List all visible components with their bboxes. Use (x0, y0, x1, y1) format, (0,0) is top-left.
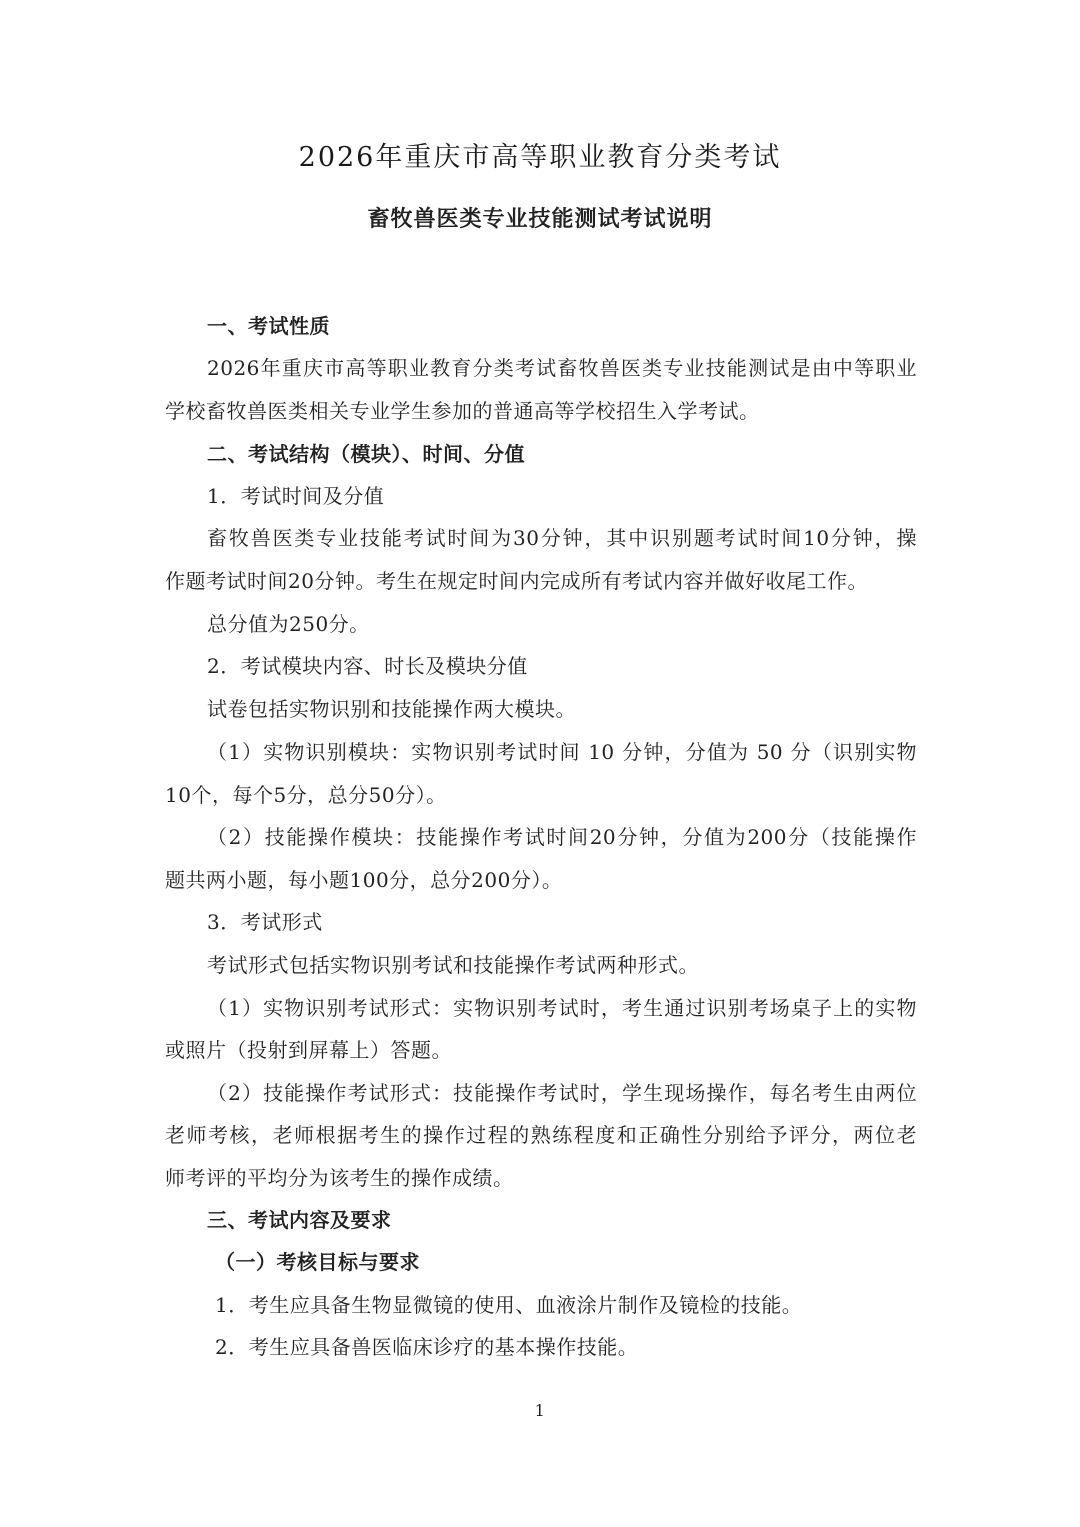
subsection-heading-objectives: （一）考核目标与要求 (215, 1248, 420, 1276)
page-number: 1 (0, 1397, 1080, 1425)
subsection-heading-format: 3．考试形式 (207, 908, 323, 936)
document-title: 2026年重庆市高等职业教育分类考试 (0, 140, 1080, 176)
paragraph-line: 题共两小题，每小题100分，总分200分）。 (165, 866, 562, 894)
paragraph-line: （2）技能操作考试形式：技能操作考试时，学生现场操作，每名考生由两位 (207, 1079, 917, 1107)
section-heading-nature: 一、考试性质 (207, 312, 330, 340)
document-subtitle: 畜牧兽医类专业技能测试考试说明 (0, 205, 1080, 235)
paragraph-line: 学校畜牧兽医类相关专业学生参加的普通高等学校招生入学考试。 (165, 397, 760, 425)
list-item: 1．考生应具备生物显微镜的使用、血液涂片制作及镜检的技能。 (215, 1291, 802, 1319)
paragraph-line: 或照片（投射到屏幕上）答题。 (165, 1036, 452, 1064)
section-heading-content: 三、考试内容及要求 (207, 1206, 392, 1234)
paragraph-line: 2026年重庆市高等职业教育分类考试畜牧兽医类专业技能测试是由中等职业 (207, 354, 917, 382)
paragraph-line: （1）实物识别模块：实物识别考试时间 10 分钟，分值为 50 分（识别实物 (207, 738, 917, 766)
paragraph-line: 作题考试时间20分钟。考生在规定时间内完成所有考试内容并做好收尾工作。 (165, 567, 868, 595)
paragraph-line: 师考评的平均分为该考生的操作成绩。 (165, 1164, 514, 1192)
paragraph-line: 试卷包括实物识别和技能操作两大模块。 (207, 695, 576, 723)
paragraph-line: 10个，每个5分，总分50分）。 (165, 781, 447, 809)
list-item: 2．考生应具备兽医临床诊疗的基本操作技能。 (215, 1333, 638, 1361)
paragraph-line: （2）技能操作模块：技能操作考试时间20分钟，分值为200分（技能操作 (207, 823, 917, 851)
paragraph-line: 考试形式包括实物识别考试和技能操作考试两种形式。 (207, 951, 699, 979)
paragraph-line: （1）实物识别考试形式：实物识别考试时，考生通过识别考场桌子上的实物 (207, 994, 917, 1022)
subsection-heading-time-score: 1．考试时间及分值 (207, 482, 384, 510)
section-heading-structure: 二、考试结构（模块）、时间、分值 (207, 440, 525, 468)
subsection-heading-modules: 2．考试模块内容、时长及模块分值 (207, 652, 528, 680)
paragraph-line: 老师考核，老师根据考生的操作过程的熟练程度和正确性分别给予评分，两位老 (165, 1121, 917, 1149)
paragraph-line: 畜牧兽医类专业技能考试时间为30分钟，其中识别题考试时间10分钟，操 (207, 524, 917, 552)
paragraph-line: 总分值为250分。 (207, 610, 370, 638)
document-page: 2026年重庆市高等职业教育分类考试 畜牧兽医类专业技能测试考试说明 一、考试性… (0, 0, 1080, 1527)
